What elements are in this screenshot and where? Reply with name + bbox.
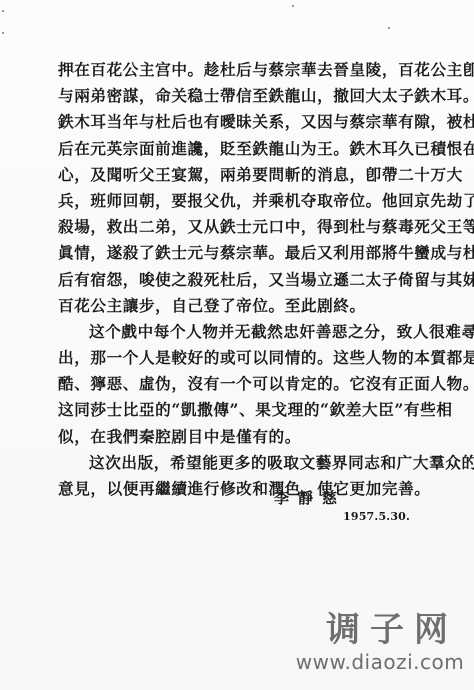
scan-speck <box>292 5 294 7</box>
text-line: 兵，班师回朝，要报父仇，并乘机夺取帝位。他回京先劫了 <box>58 188 450 214</box>
scan-speck <box>72 71 74 73</box>
watermark-site-name: 调子网 <box>310 610 474 650</box>
text-line: 押在百花公主宫中。趁杜后与蔡宗華去晉皇陵，百花公主卽 <box>58 57 450 83</box>
watermark-url: www.diaozi.com <box>286 650 474 674</box>
text-line: 似，在我們秦腔剧目中是僅有的。 <box>58 424 450 450</box>
text-line: 后有宿怨，唆使之殺死杜后，又当場立遜二太子倚留与其妹 <box>58 267 450 293</box>
text-line: 这同莎士比亞的“凱撒傳”、果戈理的“欽差大臣”有些相 <box>58 397 450 423</box>
text-line: 意見，以便再繼續進行修改和潤色，使它更加完善。 <box>58 476 450 502</box>
text-line: 百花公主讓步，自己登了帝位。至此剧終。 <box>58 293 450 319</box>
author-signature: 李靜慈 <box>274 487 346 508</box>
text-line: 心，及聞听父王宴駕，兩弟要問斬的消息，卽帶二十万大 <box>58 162 450 188</box>
text-line: 鉄木耳当年与杜后也有曖昧关系，又因与蔡宗華有隙，被杜 <box>58 109 450 135</box>
text-line: 酷、獰惡、虛伪，沒有一个可以肯定的。它沒有正面人物。 <box>58 371 450 397</box>
scan-speck <box>339 466 341 468</box>
scan-speck <box>2 32 4 34</box>
scan-speck <box>111 117 113 119</box>
text-line: 后在元英宗面前進讒，貶至鉄龍山为王。鉄木耳久已積恨在 <box>58 136 450 162</box>
text-line: 眞情，遂殺了鉄士元与蔡宗華。最后又利用部將牛蠻成与杜 <box>58 240 450 266</box>
text-line: 这次出版，希望能更多的吸取文藝界同志和广大羣众的 <box>58 450 450 476</box>
signature-date: 1957.5.30. <box>343 510 410 523</box>
scan-speck <box>388 27 390 29</box>
document-page: 押在百花公主宫中。趁杜后与蔡宗華去晉皇陵，百花公主卽 与兩弟密謀，命关稳士帶信至… <box>0 0 474 690</box>
body-text: 押在百花公主宫中。趁杜后与蔡宗華去晉皇陵，百花公主卽 与兩弟密謀，命关稳士帶信至… <box>58 57 450 502</box>
text-line: 这个戲中每个人物并无截然忠奸善惡之分，致人很难尋 <box>58 319 450 345</box>
text-line: 出，那一个人是較好的或可以同情的。这些人物的本質都是殘 <box>58 345 450 371</box>
text-line: 与兩弟密謀，命关稳士帶信至鉄龍山，撤回大太子鉄木耳。 <box>58 83 450 109</box>
scan-speck <box>2 10 4 12</box>
watermark: 调子网 www.diaozi.com <box>300 610 474 674</box>
text-line: 殺場，救出二弟，又从鉄士元口中，得到杜与蔡毒死父王等 <box>58 214 450 240</box>
